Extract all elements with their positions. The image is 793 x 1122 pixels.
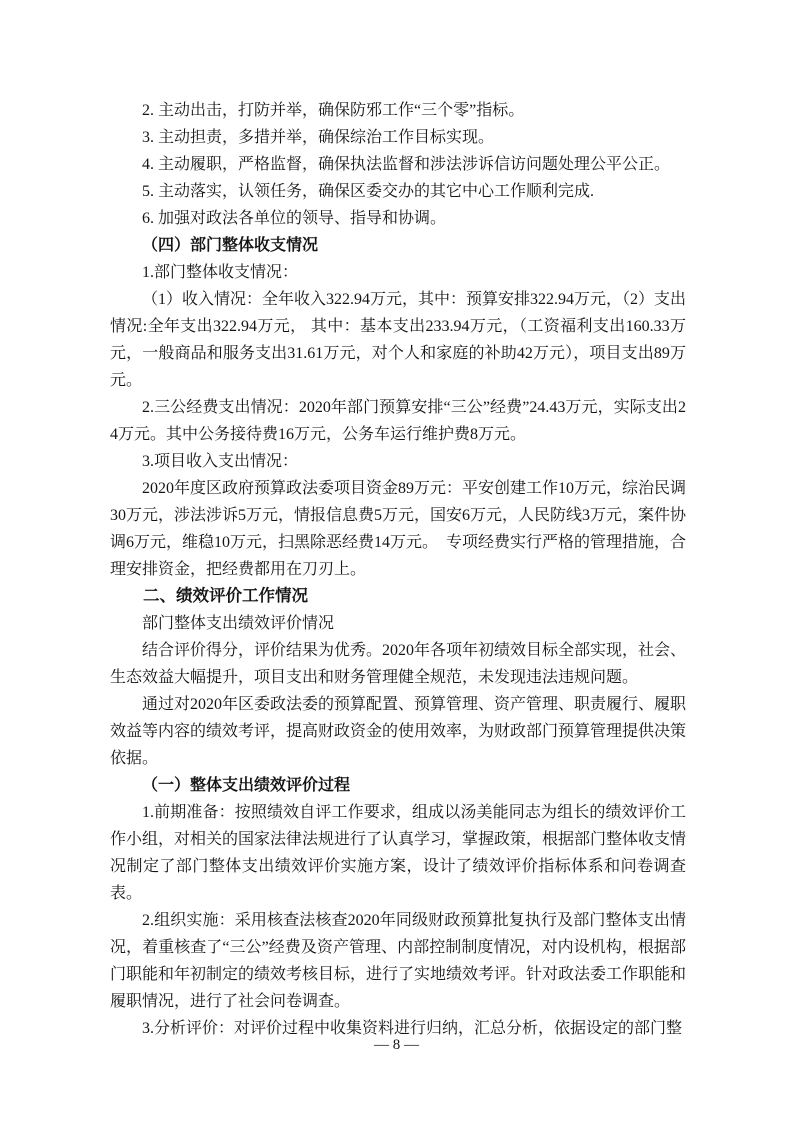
paragraph-preparation: 1.前期准备：按照绩效自评工作要求，组成以汤美能同志为组长的绩效评价工作小组，对… (110, 799, 686, 907)
paragraph-three-public-expenses: 2.三公经费支出情况：2020年部门预算安排“三公”经费”24.43万元，实际支… (110, 394, 686, 448)
document-page: 2. 主动出击，打防并举，确保防邪工作“三个零”指标。3. 主动担责，多措并举，… (0, 0, 793, 1122)
paragraph-implementation: 2.组织实施：采用核查法核查2020年同级财政预算批复执行及部门整体支出情况，着… (110, 907, 686, 1015)
paragraph-evaluation-result: 结合评价得分，评价结果为优秀。2020年各项年初绩效目标全部实现，社会、生态效益… (110, 637, 686, 691)
section-heading-performance-evaluation: 二、绩效评价工作情况 (110, 583, 686, 610)
document-body: 2. 主动出击，打防并举，确保防邪工作“三个零”指标。3. 主动担责，多措并举，… (110, 97, 686, 1042)
paragraph-income-expenditure-detail: （1）收入情况：全年收入322.94万元，其中：预算安排322.94万元，（2）… (110, 286, 686, 394)
page-footer: — 8 — (0, 1032, 793, 1059)
work-measure-item-4: 4. 主动履职，严格监督，确保执法监督和涉法涉诉信访问题处理公平公正。 (110, 151, 686, 178)
work-measure-item-6: 6. 加强对政法各单位的领导、指导和协调。 (110, 205, 686, 232)
subsection-heading-evaluation-process: （一）整体支出绩效评价过程 (110, 772, 686, 799)
section-heading-income-expenditure: （四）部门整体收支情况 (110, 232, 686, 259)
work-measure-item-2: 2. 主动出击，打防并举，确保防邪工作“三个零”指标。 (110, 97, 686, 124)
paragraph-project-funds-detail: 2020年度区政府预算政法委项目资金89万元：平安创建工作10万元，综治民调30… (110, 475, 686, 583)
paragraph-evaluation-purpose: 通过对2020年区委政法委的预算配置、预算管理、资产管理、职责履行、履职效益等内… (110, 691, 686, 772)
page-number: — 8 — (374, 1037, 419, 1053)
paragraph-income-expenditure-title: 1.部门整体收支情况： (110, 259, 686, 286)
paragraph-project-income-title: 3.项目收入支出情况： (110, 448, 686, 475)
paragraph-overall-evaluation-subtitle: 部门整体支出绩效评价情况 (110, 610, 686, 637)
work-measure-item-3: 3. 主动担责，多措并举，确保综治工作目标实现。 (110, 124, 686, 151)
work-measure-item-5: 5. 主动落实，认领任务，确保区委交办的其它中心工作顺利完成. (110, 178, 686, 205)
